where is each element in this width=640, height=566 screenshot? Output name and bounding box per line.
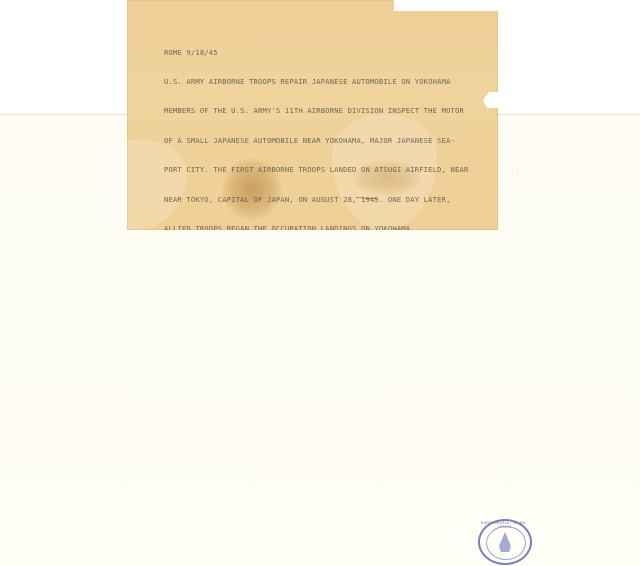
caption-line: MEMBERS OF THE U.S. ARMY'S 11TH AIRBORNE… (164, 106, 488, 116)
caption-line: PORT CITY. THE FIRST AIRBORNE TROOPS LAN… (164, 165, 488, 175)
caption-line: OF A SMALL JAPANESE AUTOMOBILE NEAR YOKO… (164, 136, 488, 146)
paper-speck: · (516, 167, 524, 177)
caption-headline: U.S. ARMY AIRBORNE TROOPS REPAIR JAPANES… (164, 77, 488, 87)
caption-dateline: ROME 9/18/45 (164, 48, 488, 58)
ink-stamp: RADIOGRAFIA · ROMA · ITALIA (478, 519, 532, 565)
caption-line: NEAR TOKYO, CAPITAL OF JAPAN, ON AUGUST … (164, 195, 488, 205)
stamp-text: RADIOGRAFIA · ROMA · ITALIA (480, 521, 530, 529)
caption-slip: ROME 9/18/45 U.S. ARMY AIRBORNE TROOPS R… (127, 0, 498, 230)
